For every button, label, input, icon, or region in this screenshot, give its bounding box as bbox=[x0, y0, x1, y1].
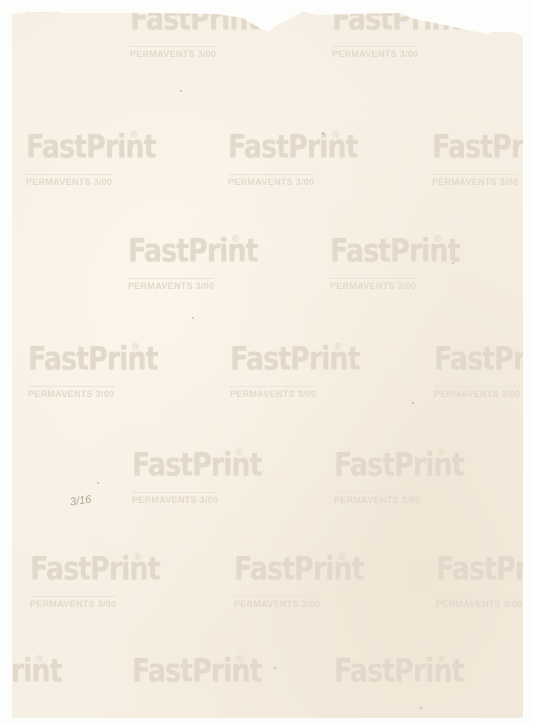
watermark-logo: FastPrint®PERMAVENTS 3/00 bbox=[128, 234, 228, 296]
dust-speck bbox=[420, 707, 422, 709]
dust-speck bbox=[192, 317, 194, 319]
handwritten-note: 3/16 bbox=[69, 494, 92, 509]
dust-speck bbox=[97, 482, 99, 484]
watermark-logo: FastPrint®PERMAVENTS 3/00 bbox=[330, 234, 430, 296]
watermark-logo: FastPrint®PERMAVENTS 3/00 bbox=[26, 130, 126, 192]
watermark-logo: FastPrint® bbox=[132, 654, 232, 716]
dust-speck bbox=[452, 262, 454, 264]
dust-speck bbox=[274, 667, 276, 669]
watermark-logo: FastPrint®PERMAVENTS 3/00 bbox=[130, 2, 230, 64]
watermark-logo: FastPrint®PERMAVENTS 3/00 bbox=[432, 130, 532, 192]
watermark-logo: FastPrint®PERMAVENTS 3/00 bbox=[334, 448, 434, 510]
watermark-logo: FastPrint®PERMAVENTS 3/00 bbox=[28, 342, 128, 404]
watermark-logo: FastPrint®PERMAVENTS 3/00 bbox=[30, 552, 130, 614]
watermark-logo: FastPrint® bbox=[0, 654, 32, 716]
watermark-logo: FastPrint®PERMAVENTS 3/00 bbox=[132, 448, 232, 510]
watermark-logo: FastPrint® bbox=[334, 654, 434, 716]
watermark-logo: FastPrint®PERMAVENTS 3/00 bbox=[434, 342, 533, 404]
watermark-logo: FastPrint®PERMAVENTS 3/00 bbox=[436, 552, 533, 614]
watermark-logo: FastPrint®PERMAVENTS 3/00 bbox=[228, 130, 328, 192]
watermark-logo: FastPrint®PERMAVENTS 3/00 bbox=[234, 552, 334, 614]
watermark-logo: FastPrint®PERMAVENTS 3/00 bbox=[230, 342, 330, 404]
photo-back-paper: FastPrint®PERMAVENTS 3/00 FastPrint®PERM… bbox=[12, 12, 523, 718]
watermark-logo: FastPrint®PERMAVENTS 3/00 bbox=[332, 2, 432, 64]
dust-speck bbox=[322, 132, 324, 134]
dust-speck bbox=[412, 402, 414, 404]
dust-speck bbox=[180, 90, 182, 92]
